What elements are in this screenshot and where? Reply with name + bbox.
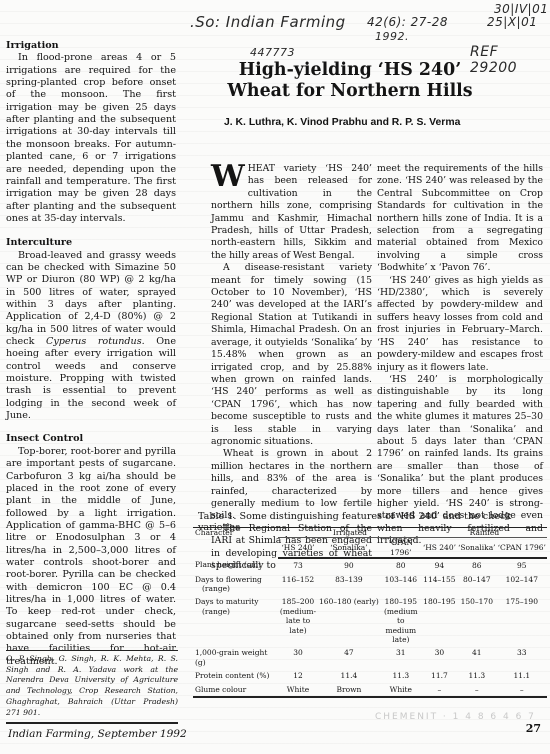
- paragraph: WHEAT variety ‘HS 240’ has been released…: [211, 163, 372, 262]
- cell: 31: [380, 646, 422, 669]
- cell: 11.3: [457, 669, 497, 682]
- header-column: ‘HS 240’: [422, 538, 457, 558]
- cell: White: [380, 683, 422, 697]
- species-name: Cyperus rotundus: [46, 336, 142, 347]
- section-insect-control: Insect Control Top-borer, root-borer and…: [6, 433, 176, 668]
- journal-footer: Indian Farming, September 1992: [8, 728, 187, 740]
- heading-insect-control: Insect Control: [6, 433, 176, 445]
- cell: –: [497, 683, 547, 697]
- cell: White: [278, 683, 318, 697]
- cell: 160–180 (early): [318, 595, 380, 646]
- cell: 41: [457, 646, 497, 669]
- header-group-rainfed: Rainfed: [422, 528, 547, 538]
- row-label: Protein content (%): [193, 669, 278, 682]
- row-label-text: Days to maturity: [195, 597, 259, 606]
- table-row: Days to maturity(range) 185–200 (medium-…: [193, 595, 547, 646]
- cell: Brown: [318, 683, 380, 697]
- row-label-sub: (range): [195, 584, 277, 593]
- table-row: Glume colour White Brown White – – –: [193, 683, 547, 697]
- cell: 150–170: [457, 595, 497, 646]
- cell: 11.1: [497, 669, 547, 682]
- cell: 80–147: [457, 573, 497, 596]
- handwritten-accession: 447773: [250, 46, 295, 59]
- cell: 102–147: [497, 573, 547, 596]
- cell: 30: [422, 646, 457, 669]
- cell: 33: [497, 646, 547, 669]
- table-row: Protein content (%) 12 11.4 11.3 11.7 11…: [193, 669, 547, 682]
- handwritten-source-note: .So: Indian Farming: [190, 13, 346, 31]
- cell: 73: [278, 558, 318, 572]
- paragraph: A disease-resistant variety meant for ti…: [211, 262, 372, 448]
- cell: 116–152: [278, 573, 318, 596]
- cell: –: [422, 683, 457, 697]
- paragraph: ‘HS 240’ gives as high yields as ‘HD/238…: [377, 275, 543, 374]
- page-number: 27: [526, 722, 541, 735]
- cell: 30: [278, 646, 318, 669]
- row-label: Glume colour: [193, 683, 278, 697]
- interculture-text-part1: Broad-leaved and grassy weeds can be che…: [6, 250, 176, 347]
- row-label-text: Plant height (cm): [195, 560, 261, 569]
- row-label-text: Glume colour: [195, 685, 246, 694]
- table-row: Plant height (cm) 73 90 80 94 86 95: [193, 558, 547, 572]
- insect-control-text: Top-borer, root-borer and pyrilla are im…: [6, 446, 176, 668]
- cell: 86: [457, 558, 497, 572]
- cell: 11.7: [422, 669, 457, 682]
- faded-stamp: CHEMENIT · 1 4 8 6 4 6 7: [375, 712, 536, 722]
- cell: 175–190: [497, 595, 547, 646]
- table-header-groups: Character Irrigated Rainfed: [193, 528, 547, 538]
- header-column: ‘CPAN 1796’: [380, 538, 422, 558]
- row-label-text: Days to flowering: [195, 575, 262, 584]
- header-column: ‘Sonalika’: [457, 538, 497, 558]
- cell: 80: [380, 558, 422, 572]
- cell: 95: [497, 558, 547, 572]
- section-interculture: Interculture Broad-leaved and grassy wee…: [6, 237, 176, 422]
- title-line-1: High-yielding ‘HS 240’: [220, 60, 480, 81]
- row-label-sub: (range): [195, 607, 277, 616]
- interculture-text: Broad-leaved and grassy weeds can be che…: [6, 250, 176, 423]
- row-label: 1,000-grain weight (g): [193, 646, 278, 669]
- row-label-text: 1,000-grain weight (g): [195, 648, 267, 666]
- heading-interculture: Interculture: [6, 237, 176, 249]
- handwritten-date-1: 30|IV|01: [494, 2, 548, 16]
- cell: 12: [278, 669, 318, 682]
- cell: 114–155: [422, 573, 457, 596]
- header-character: Character: [193, 528, 278, 559]
- cell: 180–195: [422, 595, 457, 646]
- article-title: High-yielding ‘HS 240’ Wheat for Norther…: [220, 60, 480, 101]
- row-label: Days to maturity(range): [193, 595, 278, 646]
- header-column: ‘Sonalika’: [318, 538, 380, 558]
- handwritten-volume: 42(6): 27-28: [367, 15, 448, 29]
- author-byline: J. K. Luthra, K. Vinod Prabhu and R. P. …: [224, 117, 544, 128]
- cell: 103–146: [380, 573, 422, 596]
- handwritten-ref: REF 29200: [470, 44, 550, 76]
- header-column: ‘HS 240’: [278, 538, 318, 558]
- authors-affiliation-note: O. P. Singh, G. Singh, R. K. Mehta, R. S…: [6, 650, 178, 724]
- cell: 11.4: [318, 669, 380, 682]
- features-table: Character Irrigated Rainfed ‘HS 240’ ‘So…: [193, 527, 547, 698]
- article-column-right: meet the requirements of the hills zone.…: [377, 163, 543, 548]
- handwritten-year: 1992.: [375, 30, 409, 43]
- cell: 94: [422, 558, 457, 572]
- cell: 180–195 (medium to medium late): [380, 595, 422, 646]
- cell: 185–200 (medium-late to late): [278, 595, 318, 646]
- table-row: Days to flowering(range) 116–152 83–139 …: [193, 573, 547, 596]
- row-label-text: Protein content (%): [195, 671, 269, 680]
- row-label: Days to flowering(range): [193, 573, 278, 596]
- handwritten-date-2: 25|X|01: [487, 15, 537, 29]
- header-group-irrigated: Irrigated: [278, 528, 422, 538]
- irrigation-text: In flood-prone areas 4 or 5 irrigations …: [6, 52, 176, 225]
- cell: –: [457, 683, 497, 697]
- title-line-2: Wheat for Northern Hills: [220, 81, 480, 102]
- table-row: 1,000-grain weight (g) 30 47 31 30 41 33: [193, 646, 547, 669]
- heading-irrigation: Irrigation: [6, 40, 176, 52]
- row-label: Plant height (cm): [193, 558, 278, 572]
- cell: 83–139: [318, 573, 380, 596]
- cell: 90: [318, 558, 380, 572]
- cell: 11.3: [380, 669, 422, 682]
- section-irrigation: Irrigation In flood-prone areas 4 or 5 i…: [6, 40, 176, 225]
- left-column: Irrigation In flood-prone areas 4 or 5 i…: [6, 40, 176, 679]
- paragraph: meet the requirements of the hills zone.…: [377, 163, 543, 275]
- interculture-text-part2: . One hoeing after every irrigation will…: [6, 336, 176, 421]
- header-column: ‘CPAN 1796’: [497, 538, 547, 558]
- drop-cap: W: [211, 165, 245, 189]
- cell: 47: [318, 646, 380, 669]
